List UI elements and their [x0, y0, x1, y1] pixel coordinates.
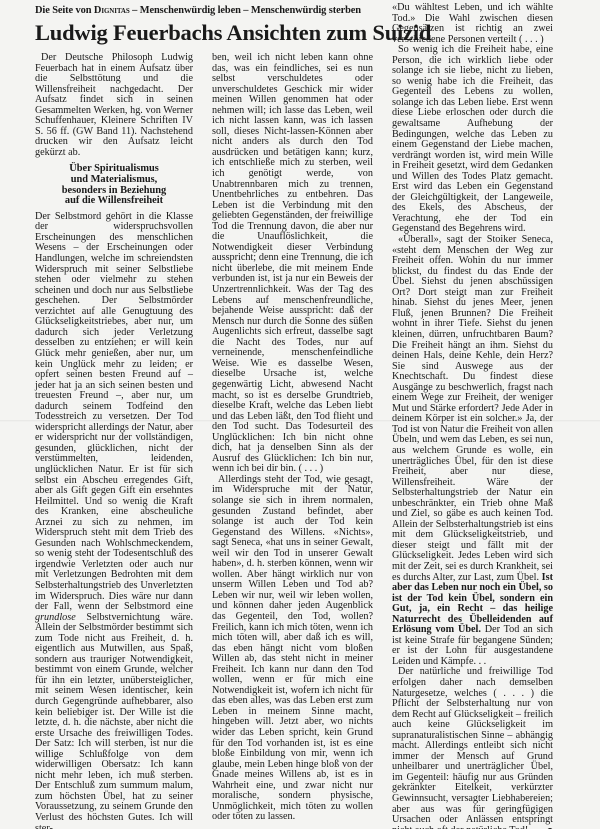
body-text: Selbstvernichtung wäre. Allein der Selbs…: [35, 612, 193, 829]
newspaper-page: Die Seite von Dignitas – Menschenwürdig …: [0, 0, 600, 829]
body-paragraph: «Du wähltest Leben, und ich wählte Tod.»…: [392, 3, 553, 45]
column-2: ben, weil ich nicht leben kann ohne das,…: [212, 53, 373, 823]
body-text: «Überall», sagt der Stoiker Seneca, «ste…: [392, 234, 553, 583]
body-paragraph: Allerdings steht der Tod, wie gesagt, im…: [212, 475, 373, 823]
kicker-prefix: Die Seite von: [35, 5, 94, 16]
body-text: Der natürliche und freiwillige Tod erfol…: [392, 666, 553, 829]
body-paragraph: ben, weil ich nicht leben kann ohne das,…: [212, 53, 373, 475]
body-paragraph: So wenig ich die Freiheit habe, eine Per…: [392, 45, 553, 235]
column-1: Der Deutsche Philosoph Ludwig Feuerbach …: [35, 53, 193, 829]
section-subheading: Über Spiritualismus und Materialismus, b…: [35, 164, 193, 206]
page-kicker: Die Seite von Dignitas – Menschenwürdig …: [35, 5, 375, 16]
kicker-brand: Dignitas: [94, 5, 130, 16]
intro-paragraph: Der Deutsche Philosoph Ludwig Feuerbach …: [35, 53, 193, 158]
column-3: «Du wähltest Leben, und ich wählte Tod.»…: [392, 3, 553, 829]
body-paragraph: «Überall», sagt der Stoiker Seneca, «ste…: [392, 235, 553, 667]
body-paragraph: Der Selbstmord gehört in die Klasse der …: [35, 212, 193, 829]
article-title: Ludwig Feuerbachs Ansichten zum Suizid: [35, 19, 375, 47]
body-text: Der Selbstmord gehört in die Klasse der …: [35, 211, 193, 612]
subheading-line: auf die Willensfreiheit: [35, 196, 193, 207]
italic-emphasis: grundlose: [35, 612, 76, 623]
body-paragraph: Der natürliche und freiwillige Tod erfol…: [392, 667, 553, 829]
kicker-suffix: – Menschenwürdig leben – Menschenwürdig …: [130, 5, 361, 16]
